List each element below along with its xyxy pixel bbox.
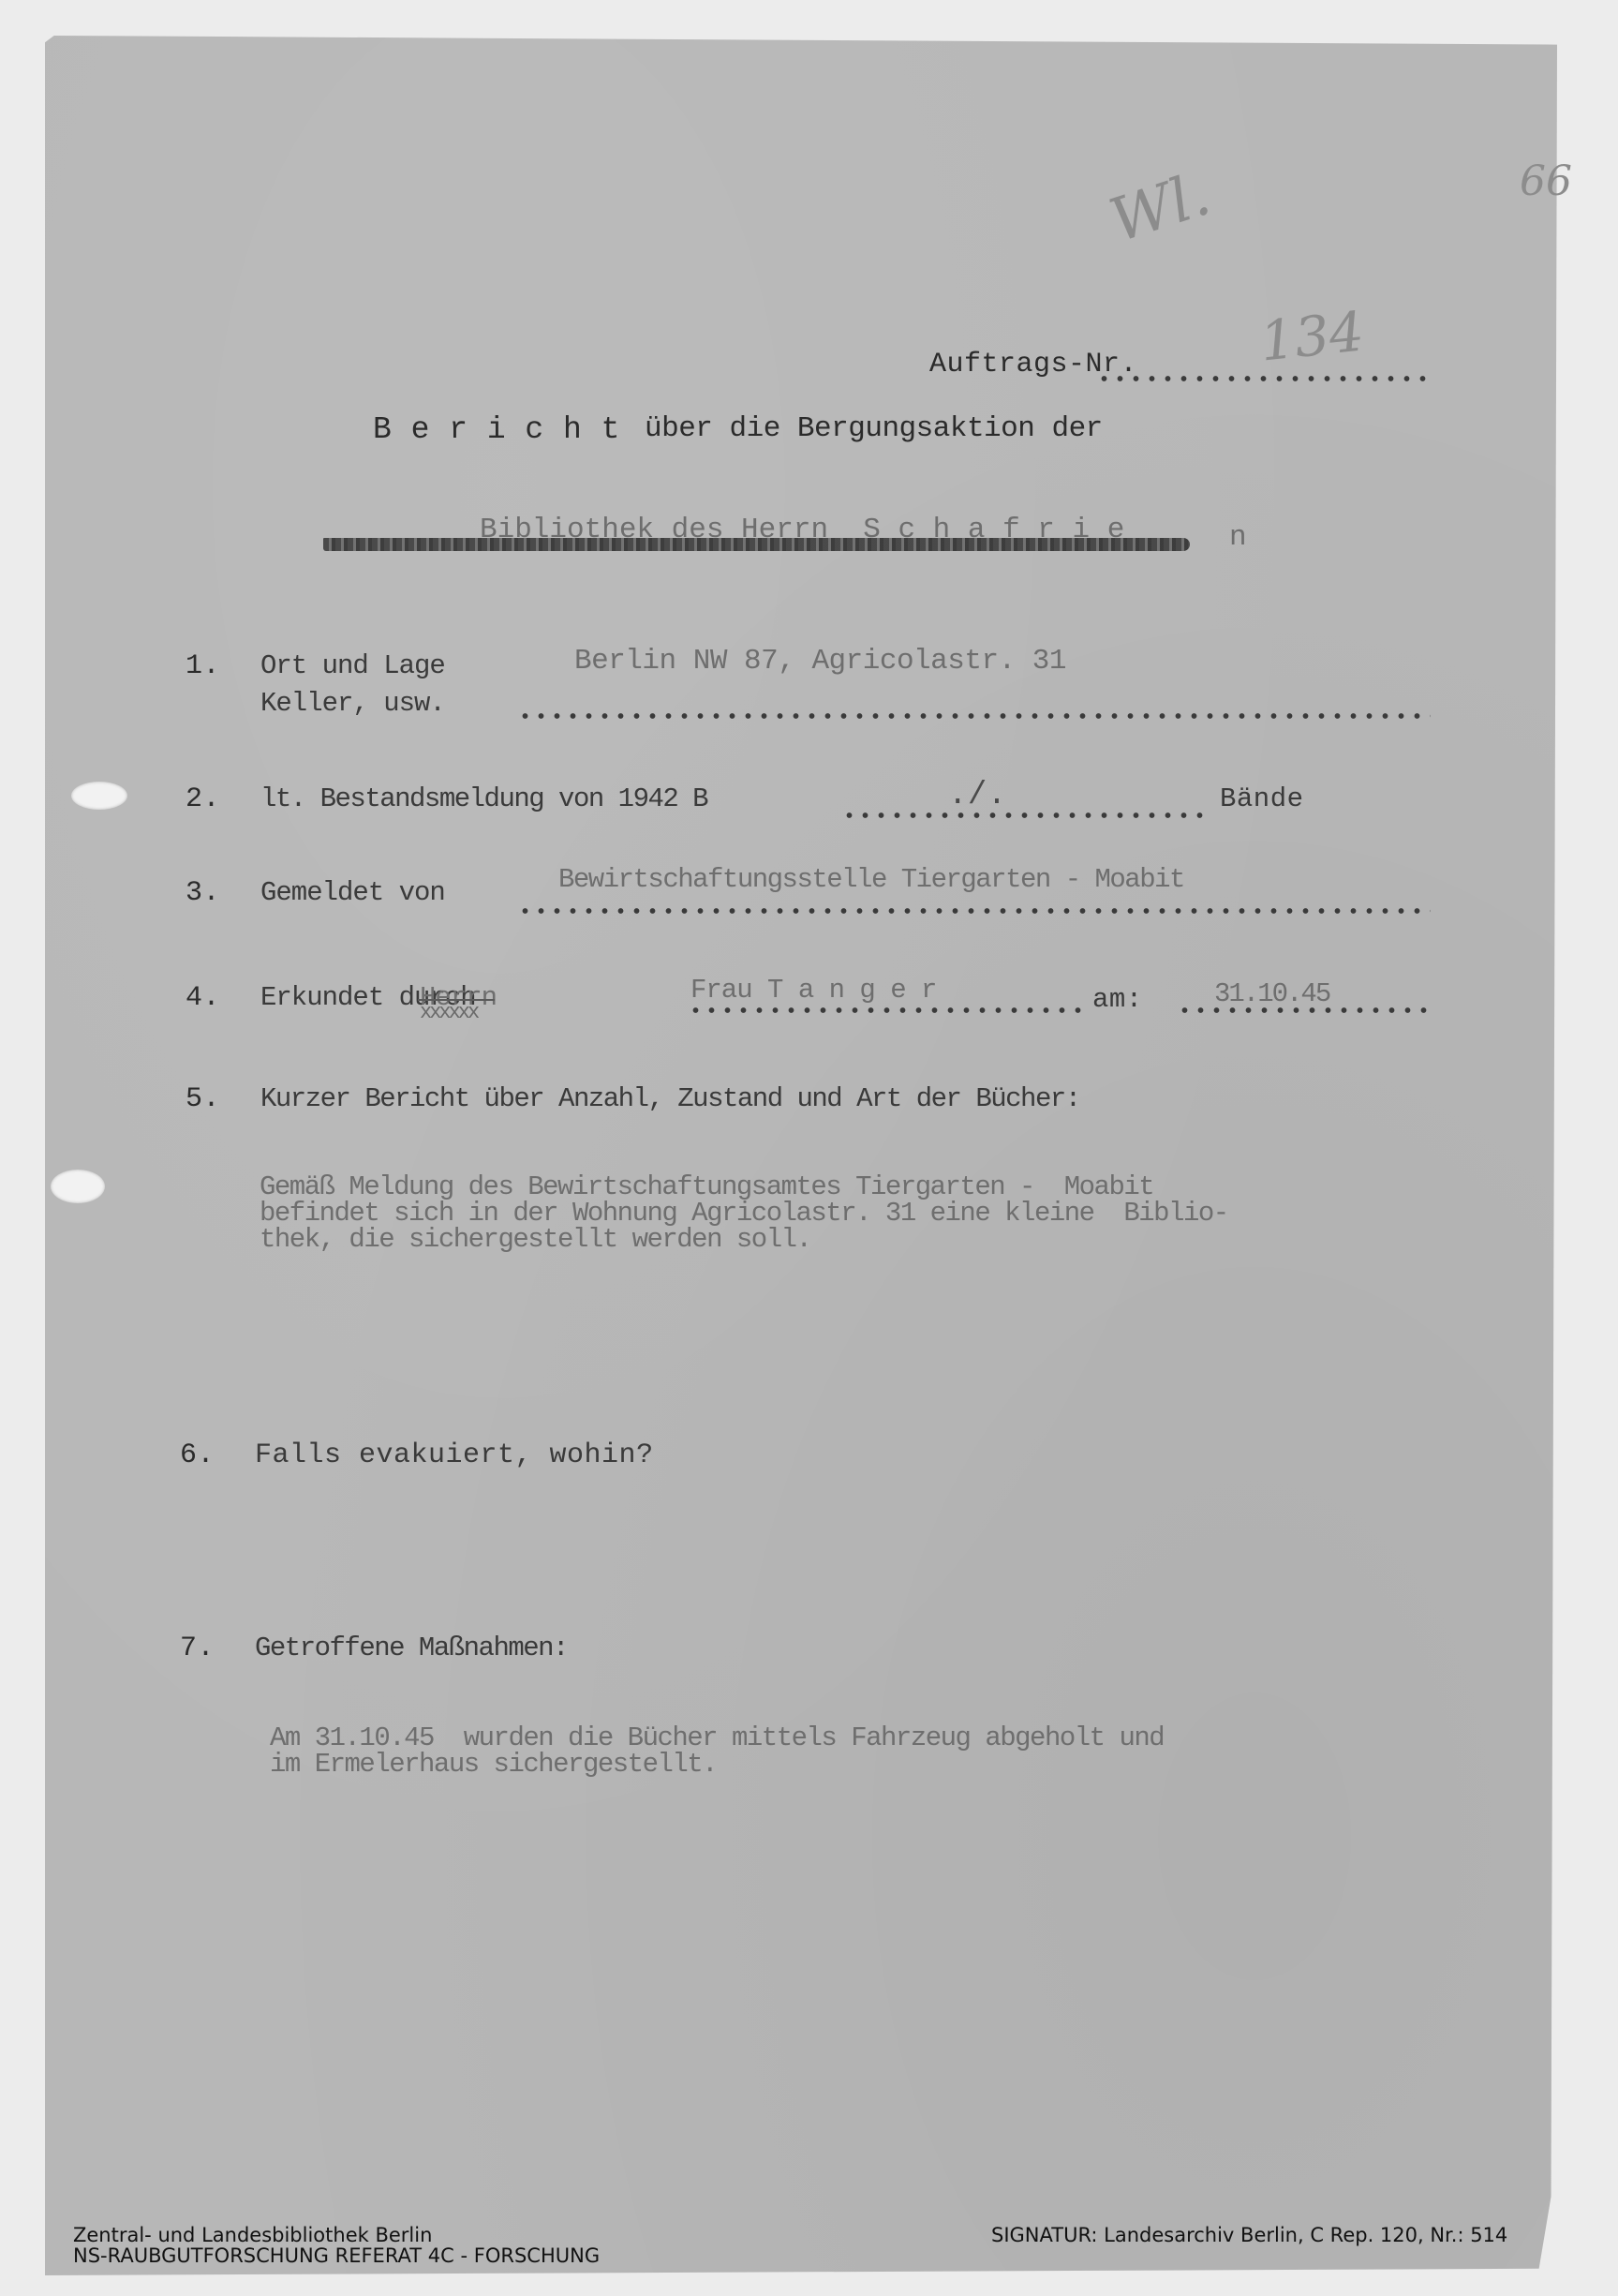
item-4-number: 4.	[186, 982, 220, 1014]
footer-signature: SIGNATUR: Landesarchiv Berlin, C Rep. 12…	[991, 2225, 1507, 2245]
subtitle-tail: n	[1229, 521, 1247, 554]
item-4-date-value: 31.10.45	[1214, 978, 1329, 1009]
item-5-body-line-3: thek, die sichergestellt werden soll.	[260, 1224, 810, 1255]
item-7-body-line-2: im Ermelerhaus sichergestellt.	[270, 1749, 717, 1780]
item-3-label: Gemeldet von	[260, 877, 445, 908]
item-4-x-marks: xxxxxx	[420, 1001, 477, 1024]
item-3-value: Bewirtschaftungsstelle Tiergarten - Moab…	[558, 864, 1184, 895]
item-2-label: lt. Bestandsmeldung von 1942 B	[260, 783, 707, 814]
item-1-label-line2: Keller, usw.	[260, 688, 445, 719]
handwritten-order-number: 134	[1257, 299, 1367, 373]
item-7-label: Getroffene Maßnahmen:	[255, 1633, 568, 1663]
handwritten-page-number: 66	[1520, 157, 1572, 205]
item-1-dotted-line	[517, 712, 1431, 720]
footer-institution: Zentral- und Landesbibliothek Berlin	[73, 2225, 432, 2245]
item-2-dotted-line	[841, 812, 1205, 819]
item-1-number: 1.	[186, 650, 220, 682]
document-page	[45, 36, 1557, 2287]
order-number-dotted-line	[1096, 375, 1432, 382]
item-3-number: 3.	[186, 877, 220, 909]
item-1-label: Ort und Lage	[260, 650, 445, 681]
item-1-value: Berlin NW 87, Agricolastr. 31	[574, 645, 1066, 678]
item-6-label: Falls evakuiert, wohin?	[255, 1439, 654, 1471]
item-4-value: Frau T a n g e r	[690, 975, 936, 1006]
item-5-label: Kurzer Bericht über Anzahl, Zustand und …	[260, 1083, 1080, 1114]
item-2-value: ./.	[948, 778, 1007, 813]
report-title-spaced: B e r i c h t	[373, 412, 620, 447]
item-2-number: 2.	[186, 783, 220, 815]
item-4-date-dotted-line	[1177, 1006, 1432, 1014]
subtitle-strikethrough	[323, 538, 1190, 551]
punch-hole-top	[71, 782, 127, 810]
report-title-rest: über die Bergungsaktion der	[645, 412, 1103, 445]
item-2-suffix: Bände	[1220, 783, 1304, 814]
item-4-dotted-line	[688, 1006, 1081, 1014]
punch-hole-bottom	[51, 1170, 105, 1203]
item-6-number: 6.	[180, 1439, 215, 1471]
item-4-date-label: am:	[1092, 984, 1143, 1015]
item-7-number: 7.	[180, 1633, 215, 1664]
footer-department: NS-RAUBGUTFORSCHUNG REFERAT 4C - FORSCHU…	[73, 2245, 600, 2266]
item-3-dotted-line	[517, 907, 1431, 915]
item-5-number: 5.	[186, 1083, 220, 1115]
